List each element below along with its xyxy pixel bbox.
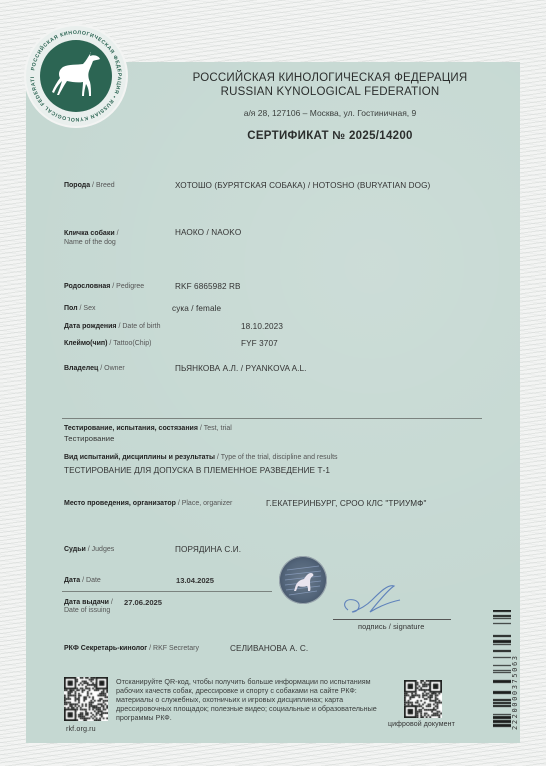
dog-name-value: НАОКО / NAOKO (175, 228, 241, 237)
qr-code-left-icon (64, 677, 108, 721)
org-name-en: RUSSIAN KYNOLOGICAL FEDERATION (100, 86, 546, 98)
qr-code-right-icon (404, 680, 442, 718)
pedigree-label-en: / Pedigree (110, 283, 144, 290)
sex-label-ru: Пол (64, 305, 78, 312)
issue-date-label: Дата выдачи / Date of issuing (64, 599, 113, 615)
org-address: а/я 28, 127106 – Москва, ул. Гостиничная… (100, 108, 546, 118)
signature-line (333, 619, 451, 620)
pedigree-label: Родословная / Pedigree (64, 283, 144, 290)
chip-value: FYF 3707 (241, 339, 278, 348)
signature-caption: подпись / signature (358, 622, 424, 631)
dog-name-label-sep: / (115, 230, 119, 237)
judges-value: ПОРЯДИНА С.И. (175, 545, 241, 554)
certificate-title: СЕРТИФИКАТ № 2025/14200 (100, 130, 546, 142)
place-label: Место проведения, организатор / Place, o… (64, 500, 232, 507)
issue-date-label-en: Date of issuing (64, 607, 110, 614)
chip-label: Клеймо(чип) / Tattoo(Chip) (64, 340, 151, 347)
seal-emblem-icon (279, 556, 327, 604)
trial-type-label-ru: Вид испытаний, дисциплины и результаты (64, 454, 215, 461)
trial-type-label-en: / Type of the trial, discipline and resu… (215, 454, 338, 461)
qr-left-caption[interactable]: rkf.org.ru (66, 724, 96, 733)
dob-label: Дата рождения / Date of birth (64, 323, 161, 330)
qr-info-text: Отсканируйте QR-код, чтобы получить боль… (116, 677, 396, 722)
certificate-panel (26, 62, 520, 743)
breed-label-en: / Breed (90, 182, 115, 189)
dob-label-en: / Date of birth (117, 323, 161, 330)
place-label-en: / Place, organizer (176, 500, 232, 507)
trial-type-label: Вид испытаний, дисциплины и результаты /… (64, 454, 338, 461)
signature-icon (330, 582, 450, 622)
test-label-en: / Test, trial (198, 425, 232, 432)
issue-date-label-sep: / (109, 599, 113, 606)
pedigree-value: RKF 6865982 RB (175, 282, 241, 291)
pedigree-label-ru: Родословная (64, 283, 110, 290)
dob-value: 18.10.2023 (241, 322, 283, 331)
owner-value: ПЬЯНКОВА А.Л. / PYANKOVA A.L. (175, 364, 307, 373)
owner-label: Владелец / Owner (64, 365, 125, 372)
trial-type-value: ТЕСТИРОВАНИЕ ДЛЯ ДОПУСКА В ПЛЕМЕННОЕ РАЗ… (64, 466, 330, 475)
date-value: 13.04.2025 (176, 576, 214, 585)
secretary-label-en: / RKF Secretary (147, 645, 199, 652)
judges-label-en: / Judges (86, 546, 114, 553)
dob-label-ru: Дата рождения (64, 323, 117, 330)
breed-value: ХОТОШО (БУРЯТСКАЯ СОБАКА) / HOTOSHO (BUR… (175, 181, 430, 190)
org-name-ru: РОССИЙСКАЯ КИНОЛОГИЧЕСКАЯ ФЕДЕРАЦИЯ (100, 72, 546, 84)
section-divider (62, 418, 482, 419)
sex-label-en: / Sex (78, 305, 96, 312)
dog-name-label-ru: Кличка собаки (64, 230, 115, 237)
sex-value: сука / female (172, 304, 221, 313)
chip-label-en: / Tattoo(Chip) (107, 340, 151, 347)
secretary-value: СЕЛИВАНОВА А. С. (230, 644, 308, 653)
secretary-label: РКФ Секретарь-кинолог / RKF Secretary (64, 645, 199, 652)
test-label: Тестирование, испытания, состязания / Te… (64, 425, 232, 432)
issue-date-label-ru: Дата выдачи (64, 599, 109, 606)
judges-label-ru: Судьи (64, 546, 86, 553)
secretary-label-ru: РКФ Секретарь-кинолог (64, 645, 147, 652)
date-label: Дата / Date (64, 577, 101, 584)
chip-label-ru: Клеймо(чип) (64, 340, 107, 347)
barcode-number: 2220000375063 (511, 612, 521, 730)
breed-label: Порода / Breed (64, 182, 115, 189)
borzoi-dog-icon (50, 52, 104, 102)
dog-name-label-en: Name of the dog (64, 239, 116, 246)
test-value: Тестирование (64, 434, 114, 443)
owner-label-en: / Owner (98, 365, 124, 372)
date-label-ru: Дата (64, 577, 80, 584)
qr-code-left[interactable] (64, 677, 108, 721)
breed-label-ru: Порода (64, 182, 90, 189)
rkf-seal-icon (279, 556, 327, 604)
qr-code-right[interactable] (404, 680, 442, 718)
barcode-number-text: 2220000375063 (511, 612, 519, 730)
issue-date-value: 27.06.2025 (124, 598, 162, 607)
owner-label-ru: Владелец (64, 365, 98, 372)
place-value: Г.ЕКАТЕРИНБУРГ, СРОО КЛС "ТРИУМФ" (266, 499, 426, 508)
judges-label: Судьи / Judges (64, 546, 114, 553)
sex-label: Пол / Sex (64, 305, 96, 312)
dog-name-label: Кличка собаки / Name of the dog (64, 229, 119, 247)
qr-right-caption: цифровой документ (388, 721, 455, 728)
place-label-ru: Место проведения, организатор (64, 500, 176, 507)
test-label-ru: Тестирование, испытания, состязания (64, 425, 198, 432)
date-divider (62, 591, 272, 592)
barcode-icon (493, 610, 511, 730)
date-label-en: / Date (80, 577, 101, 584)
